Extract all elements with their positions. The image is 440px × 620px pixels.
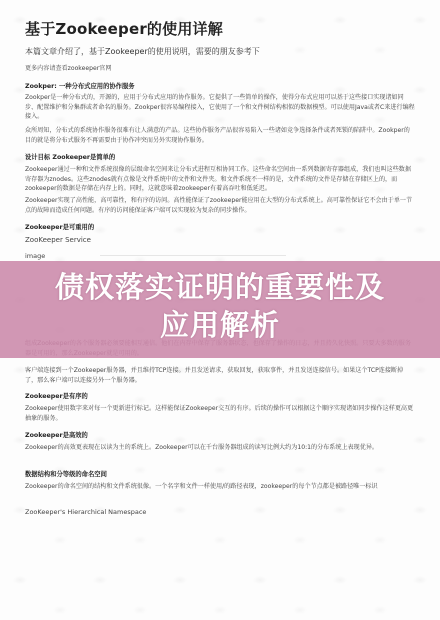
section-heading: Zookeeper是有序的 [25, 391, 415, 400]
section-heading: Zookeeper是高效的 [25, 430, 415, 439]
banner-title-line-1: 债权落实证明的重要性及 [0, 268, 440, 306]
namespace-figure-label: ZooKeeper's Hierarchical Namespace [25, 508, 146, 516]
document-page: 基于Zookeeper的使用详解 本篇文章介绍了，基于Zookeeper的使用说… [0, 0, 440, 620]
paragraph: 客户端连接到一个Zookeeper服务器，并且维持TCP连接。并且发送请求，获取… [25, 366, 415, 385]
paragraph: 众所周知，分布式的系统协作服务很难有让人满意的产品。这些协作服务产品很容易陷入一… [25, 126, 415, 145]
paragraph: Zookeeper的高效更表现在以读为主的系统上。Zookeeper可以在千台服… [25, 443, 415, 453]
banner-title-line-2: 应用解析 [0, 306, 440, 344]
banner-title: 债权落实证明的重要性及 应用解析 [0, 268, 440, 344]
article-subtitle: 本篇文章介绍了，基于Zookeeper的使用说明，需要的朋友参考下 [25, 46, 260, 57]
paragraph: Zookeeper通过一种和文件系统很像的层级命名空间来让分布式进程互相协同工作… [25, 165, 415, 194]
section-heading: 设计目标 Zookeeper是简单的 [25, 152, 415, 161]
section-heading: Zookper: 一种分布式应用的协作服务 [25, 81, 415, 90]
image-placeholder-label: image [25, 252, 45, 260]
paragraph: Zookeeper的命名空间的结构和文件系统很像。一个名字和文件一样使用/的路径… [25, 482, 415, 492]
image-divider [100, 255, 286, 256]
paragraph: Zookeeper使用数字来对每一个更新进行标记。这样能保证Zookeeper交… [25, 404, 415, 423]
paragraph: Zookper是一种分布式的，开源的，应用于分布式应用的协作服务。它提供了一些简… [25, 93, 415, 122]
article-title: 基于Zookeeper的使用详解 [25, 18, 223, 39]
section-heading: Zookeeper是可重用的 [25, 222, 415, 231]
paragraph: Zookeeper实现了高性能，高可靠性，和有序的访问。高性能保证了zookee… [25, 196, 415, 215]
zookeeper-service-label: ZooKeeper Service [25, 236, 91, 244]
section-heading: 数据结构和分等级的命名空间 [25, 469, 415, 478]
more-info-text: 更多内容请查看zookeeper官网 [25, 64, 415, 74]
